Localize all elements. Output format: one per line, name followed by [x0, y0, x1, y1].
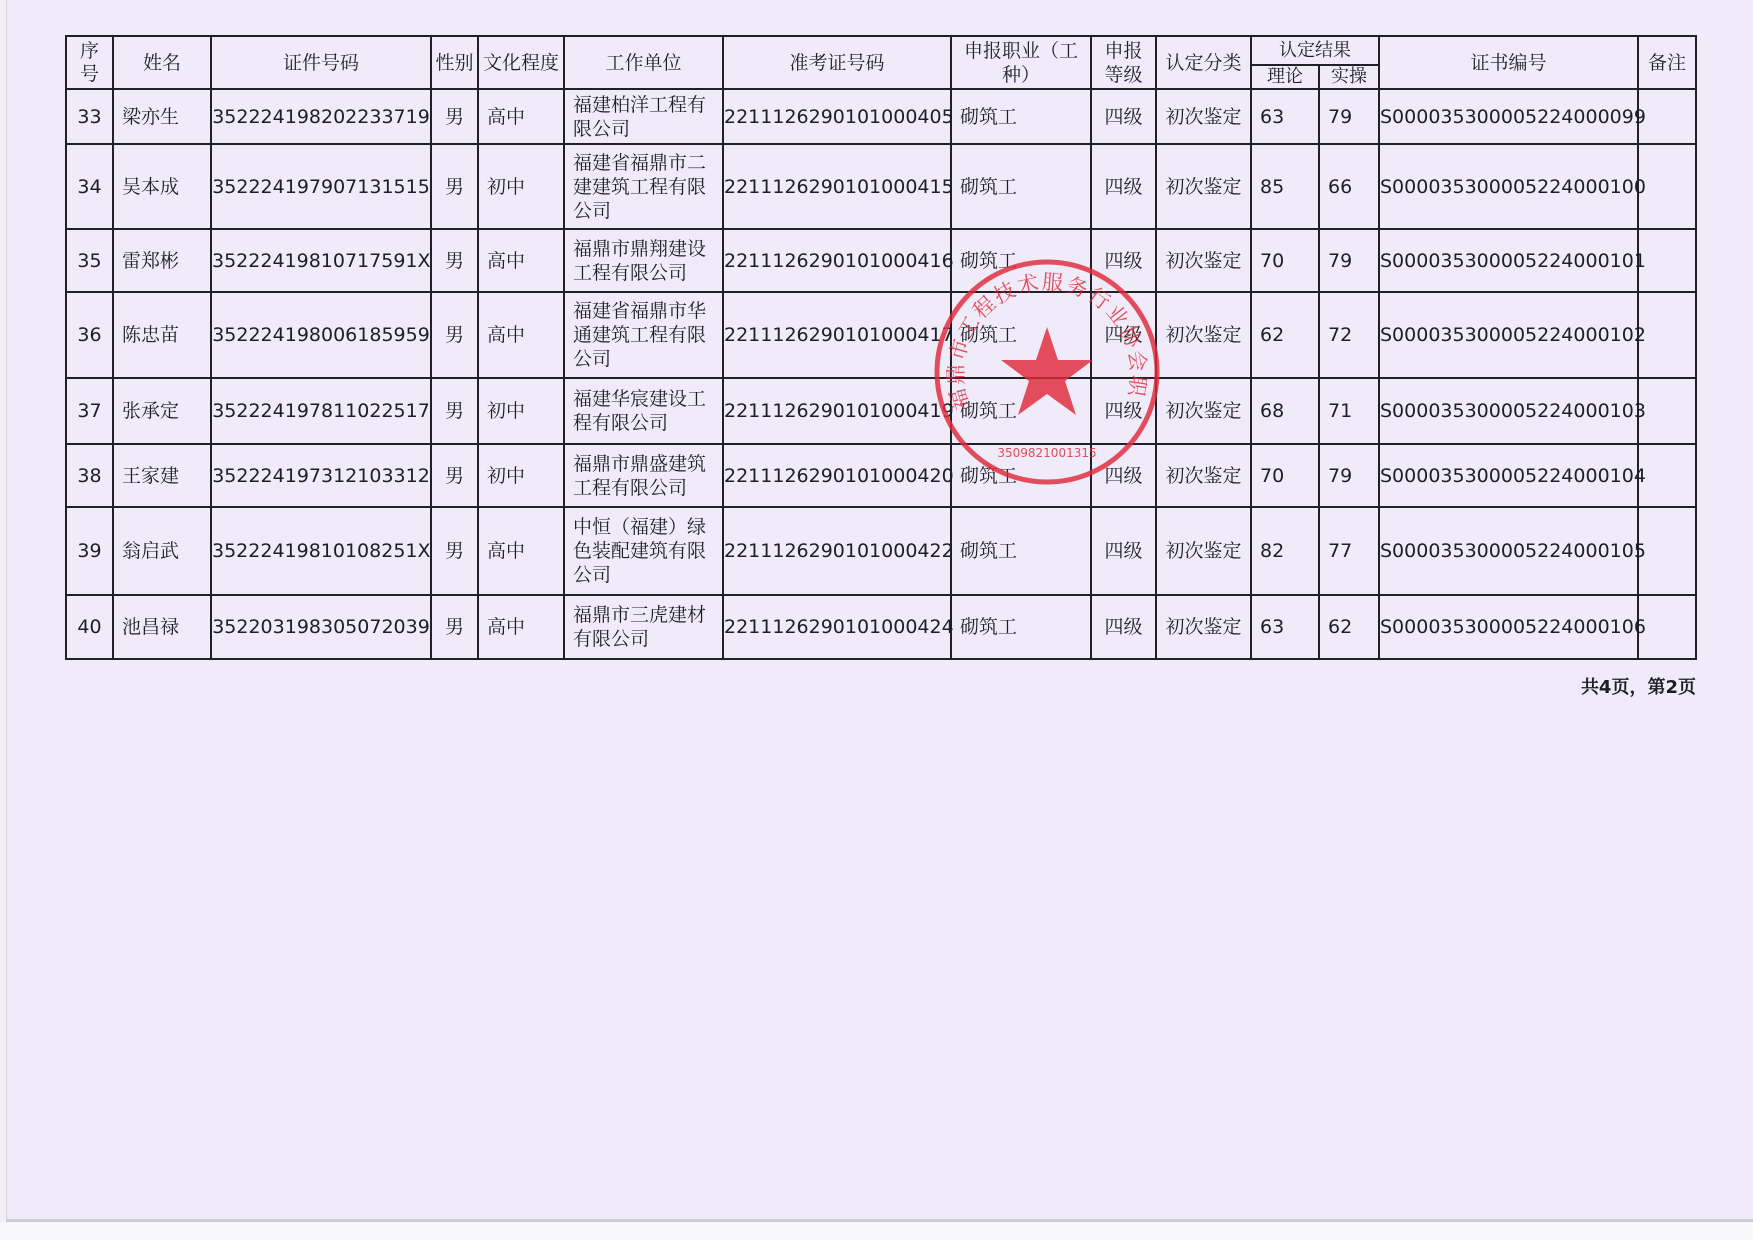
cell-remarks — [1638, 444, 1696, 507]
cell-id-number: 35222419810108251X — [211, 507, 431, 595]
header-occupation: 申报职业（工种） — [951, 36, 1091, 89]
cell-occupation: 砌筑工 — [951, 378, 1091, 444]
cell-theory: 85 — [1251, 144, 1319, 229]
table-row: 33梁亦生352224198202233719男高中福建柏洋工程有限公司2211… — [66, 89, 1696, 144]
cell-education: 高中 — [478, 595, 564, 659]
cell-theory: 70 — [1251, 444, 1319, 507]
cell-seq: 39 — [66, 507, 113, 595]
cell-level: 四级 — [1091, 507, 1156, 595]
cell-id-number: 352224198202233719 — [211, 89, 431, 144]
cell-practical: 79 — [1319, 444, 1379, 507]
header-level: 申报等级 — [1091, 36, 1156, 89]
cell-seq: 38 — [66, 444, 113, 507]
cell-gender: 男 — [431, 378, 478, 444]
cell-exam-ticket: 2211126290101000419 — [723, 378, 951, 444]
table-row: 34吴本成352224197907131515男初中福建省福鼎市二建建筑工程有限… — [66, 144, 1696, 229]
cell-practical: 71 — [1319, 378, 1379, 444]
cell-education: 高中 — [478, 229, 564, 292]
header-id-number: 证件号码 — [211, 36, 431, 89]
cell-occupation: 砌筑工 — [951, 595, 1091, 659]
cell-employer: 福鼎市鼎翔建设工程有限公司 — [564, 229, 723, 292]
header-gender: 性别 — [431, 36, 478, 89]
cell-seq: 34 — [66, 144, 113, 229]
cell-employer: 福建华宸建设工程有限公司 — [564, 378, 723, 444]
table-row: 36陈忠苗352224198006185959男高中福建省福鼎市华通建筑工程有限… — [66, 292, 1696, 378]
cell-level: 四级 — [1091, 292, 1156, 378]
cell-education: 高中 — [478, 89, 564, 144]
cell-theory: 63 — [1251, 89, 1319, 144]
cell-name: 梁亦生 — [113, 89, 211, 144]
cell-practical: 79 — [1319, 89, 1379, 144]
cell-level: 四级 — [1091, 595, 1156, 659]
cell-practical: 72 — [1319, 292, 1379, 378]
cell-occupation: 砌筑工 — [951, 507, 1091, 595]
cell-name: 雷郑彬 — [113, 229, 211, 292]
cell-employer: 中恒（福建）绿色装配建筑有限公司 — [564, 507, 723, 595]
cell-employer: 福鼎市鼎盛建筑工程有限公司 — [564, 444, 723, 507]
cell-certificate: S000035300005224000105 — [1379, 507, 1638, 595]
cell-level: 四级 — [1091, 378, 1156, 444]
cell-id-number: 352224197312103312 — [211, 444, 431, 507]
cell-exam-ticket: 2211126290101000415 — [723, 144, 951, 229]
cell-certificate: S000035300005224000099 — [1379, 89, 1638, 144]
cell-certificate: S000035300005224000104 — [1379, 444, 1638, 507]
cell-certificate: S000035300005224000103 — [1379, 378, 1638, 444]
cell-id-number: 352224197811022517 — [211, 378, 431, 444]
cell-name: 翁启武 — [113, 507, 211, 595]
cell-certificate: S000035300005224000106 — [1379, 595, 1638, 659]
cell-name: 陈忠苗 — [113, 292, 211, 378]
header-result-group: 认定结果 — [1251, 36, 1379, 65]
cell-name: 王家建 — [113, 444, 211, 507]
cell-remarks — [1638, 89, 1696, 144]
cell-name: 池昌禄 — [113, 595, 211, 659]
cell-gender: 男 — [431, 144, 478, 229]
table-row: 40池昌禄352203198305072039男高中福鼎市三虎建材有限公司221… — [66, 595, 1696, 659]
header-education: 文化程度 — [478, 36, 564, 89]
cell-practical: 66 — [1319, 144, 1379, 229]
cell-remarks — [1638, 378, 1696, 444]
cell-category: 初次鉴定 — [1156, 229, 1251, 292]
table-row: 38王家建352224197312103312男初中福鼎市鼎盛建筑工程有限公司2… — [66, 444, 1696, 507]
cell-category: 初次鉴定 — [1156, 444, 1251, 507]
cell-practical: 79 — [1319, 229, 1379, 292]
cell-level: 四级 — [1091, 89, 1156, 144]
cell-exam-ticket: 2211126290101000424 — [723, 595, 951, 659]
cell-occupation: 砌筑工 — [951, 229, 1091, 292]
cell-category: 初次鉴定 — [1156, 595, 1251, 659]
cell-seq: 40 — [66, 595, 113, 659]
cell-gender: 男 — [431, 595, 478, 659]
cell-education: 初中 — [478, 444, 564, 507]
cell-seq: 33 — [66, 89, 113, 144]
header-exam-ticket: 准考证号码 — [723, 36, 951, 89]
cell-id-number: 352203198305072039 — [211, 595, 431, 659]
cell-name: 吴本成 — [113, 144, 211, 229]
cell-certificate: S000035300005224000102 — [1379, 292, 1638, 378]
cell-occupation: 砌筑工 — [951, 292, 1091, 378]
header-name: 姓名 — [113, 36, 211, 89]
header-theory: 理论 — [1251, 65, 1319, 89]
cell-certificate: S000035300005224000101 — [1379, 229, 1638, 292]
cell-remarks — [1638, 292, 1696, 378]
cell-theory: 68 — [1251, 378, 1319, 444]
cell-gender: 男 — [431, 89, 478, 144]
cell-gender: 男 — [431, 229, 478, 292]
cell-seq: 37 — [66, 378, 113, 444]
cell-level: 四级 — [1091, 229, 1156, 292]
cell-employer: 福鼎市三虎建材有限公司 — [564, 595, 723, 659]
cell-exam-ticket: 2211126290101000416 — [723, 229, 951, 292]
header-seq: 序号 — [66, 36, 113, 89]
cell-gender: 男 — [431, 444, 478, 507]
cell-category: 初次鉴定 — [1156, 507, 1251, 595]
cell-category: 初次鉴定 — [1156, 144, 1251, 229]
cell-occupation: 砌筑工 — [951, 444, 1091, 507]
cell-employer: 福建省福鼎市华通建筑工程有限公司 — [564, 292, 723, 378]
cell-education: 初中 — [478, 378, 564, 444]
cell-remarks — [1638, 229, 1696, 292]
cell-theory: 62 — [1251, 292, 1319, 378]
cell-exam-ticket: 2211126290101000405 — [723, 89, 951, 144]
cell-theory: 70 — [1251, 229, 1319, 292]
cell-gender: 男 — [431, 507, 478, 595]
cell-occupation: 砌筑工 — [951, 89, 1091, 144]
cell-practical: 77 — [1319, 507, 1379, 595]
page-indicator: 共4页，第2页 — [1581, 673, 1696, 699]
cell-education: 初中 — [478, 144, 564, 229]
table-row: 37张承定352224197811022517男初中福建华宸建设工程有限公司22… — [66, 378, 1696, 444]
header-employer: 工作单位 — [564, 36, 723, 89]
cell-id-number: 352224198006185959 — [211, 292, 431, 378]
cell-education: 高中 — [478, 292, 564, 378]
cell-seq: 35 — [66, 229, 113, 292]
header-category: 认定分类 — [1156, 36, 1251, 89]
cell-category: 初次鉴定 — [1156, 89, 1251, 144]
cell-employer: 福建柏洋工程有限公司 — [564, 89, 723, 144]
cell-remarks — [1638, 144, 1696, 229]
header-practical: 实操 — [1319, 65, 1379, 89]
cell-category: 初次鉴定 — [1156, 292, 1251, 378]
cell-theory: 82 — [1251, 507, 1319, 595]
cell-occupation: 砌筑工 — [951, 144, 1091, 229]
cell-remarks — [1638, 507, 1696, 595]
cell-category: 初次鉴定 — [1156, 378, 1251, 444]
cell-employer: 福建省福鼎市二建建筑工程有限公司 — [564, 144, 723, 229]
cell-id-number: 352224197907131515 — [211, 144, 431, 229]
header-certificate: 证书编号 — [1379, 36, 1638, 89]
cell-remarks — [1638, 595, 1696, 659]
cell-exam-ticket: 2211126290101000422 — [723, 507, 951, 595]
cell-exam-ticket: 2211126290101000417 — [723, 292, 951, 378]
table-row: 35雷郑彬35222419810717591X男高中福鼎市鼎翔建设工程有限公司2… — [66, 229, 1696, 292]
cell-certificate: S000035300005224000100 — [1379, 144, 1638, 229]
cell-gender: 男 — [431, 292, 478, 378]
cell-id-number: 35222419810717591X — [211, 229, 431, 292]
cell-seq: 36 — [66, 292, 113, 378]
cell-practical: 62 — [1319, 595, 1379, 659]
cell-education: 高中 — [478, 507, 564, 595]
cell-theory: 63 — [1251, 595, 1319, 659]
cell-name: 张承定 — [113, 378, 211, 444]
certification-roster-table: 序号 姓名 证件号码 性别 文化程度 工作单位 准考证号码 申报职业（工种） 申… — [65, 35, 1697, 660]
table-row: 39翁启武35222419810108251X男高中中恒（福建）绿色装配建筑有限… — [66, 507, 1696, 595]
cell-level: 四级 — [1091, 444, 1156, 507]
scanner-bed — [0, 1222, 1753, 1240]
cell-exam-ticket: 2211126290101000420 — [723, 444, 951, 507]
header-remarks: 备注 — [1638, 36, 1696, 89]
cell-level: 四级 — [1091, 144, 1156, 229]
